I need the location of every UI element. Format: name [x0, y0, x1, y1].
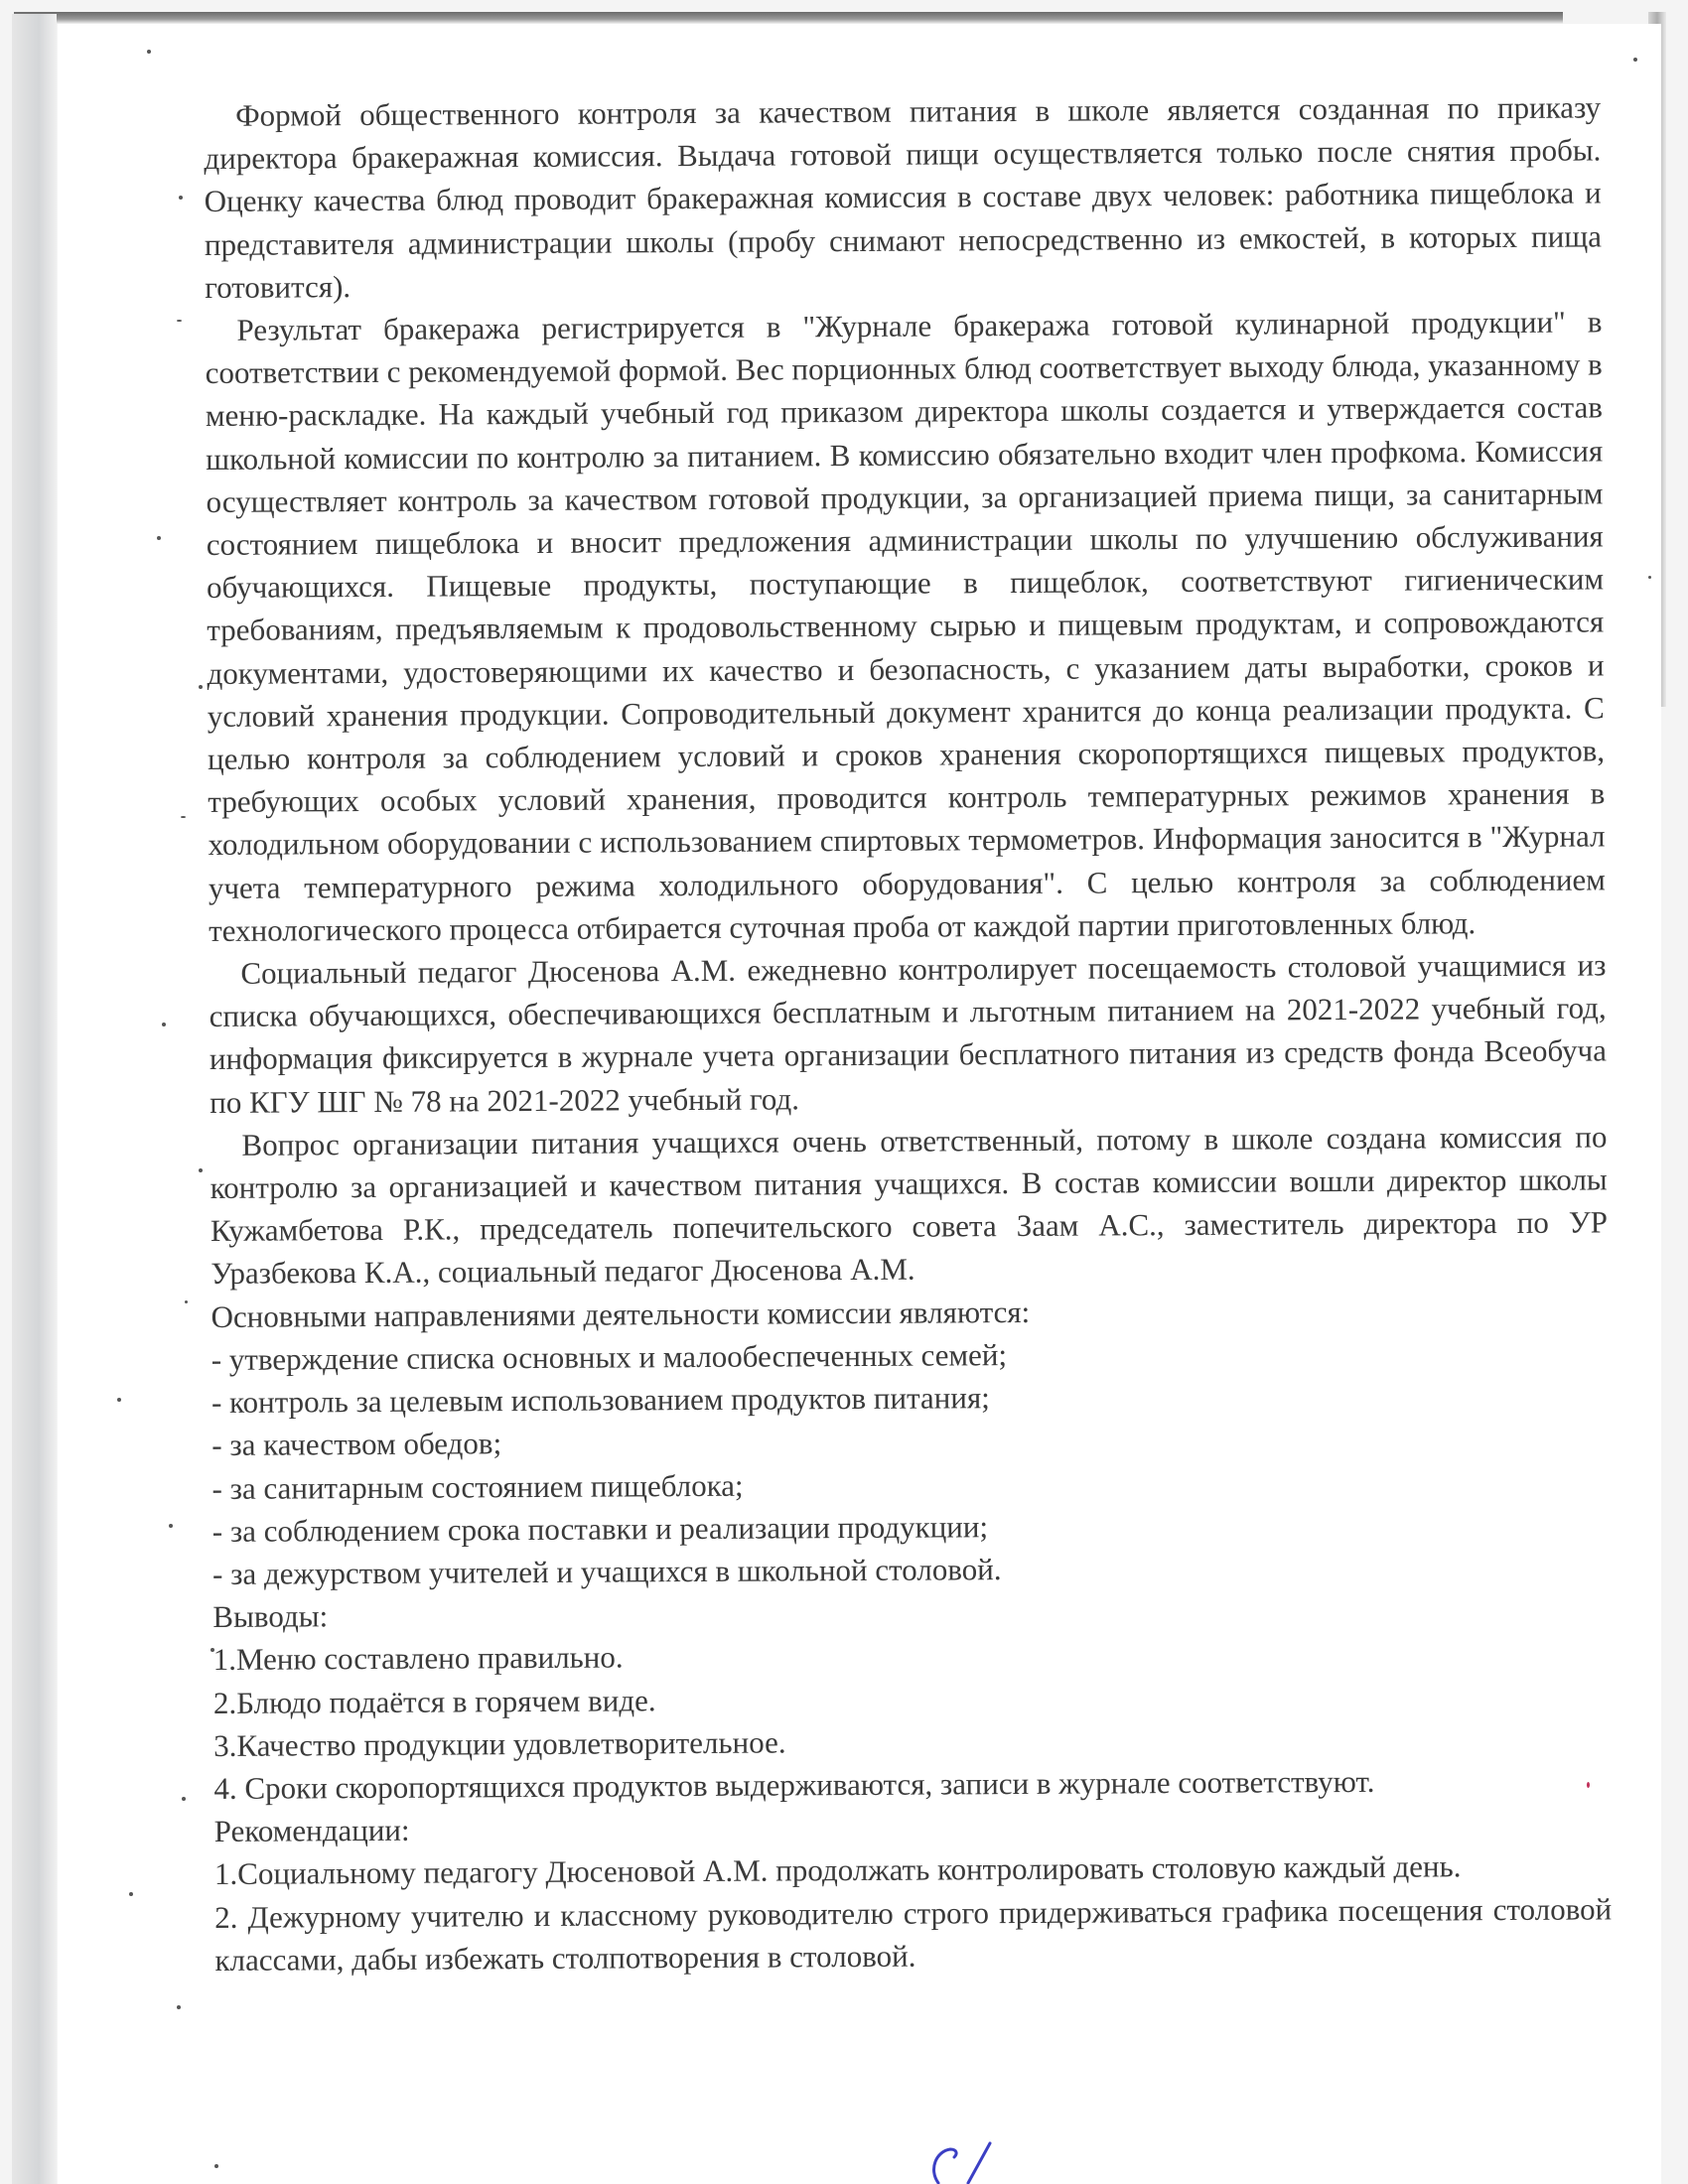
scan-shadow-top	[14, 12, 1563, 24]
scan-speck	[162, 1023, 166, 1026]
scan-speck	[117, 1398, 121, 1402]
paragraph-commission-members: Вопрос организации питания учащихся очен…	[210, 1115, 1608, 1295]
scan-speck	[214, 2164, 218, 2168]
document-body: Формой общественного контроля за качеств…	[204, 85, 1613, 1980]
scan-speck	[147, 50, 151, 54]
scan-speck	[177, 320, 182, 322]
signature-ink-mark	[899, 2139, 1038, 2184]
scan-speck	[182, 1797, 186, 1801]
scan-speck	[185, 1300, 188, 1303]
scan-shadow-left	[12, 14, 57, 2184]
scan-speck	[181, 816, 186, 818]
scan-speck	[1648, 576, 1651, 579]
scan-speck	[129, 1892, 133, 1896]
recommendation-item: 2. Дежурному учителю и классному руковод…	[214, 1887, 1613, 1981]
scan-speck	[169, 1524, 173, 1528]
scan-speck	[179, 196, 183, 200]
scan-speck	[157, 536, 161, 540]
paragraph-brakerazh-commission: Формой общественного контроля за качеств…	[204, 85, 1602, 309]
paragraph-brakerazh-journal: Результат бракеража регистрируется в "Жу…	[205, 300, 1606, 952]
scan-speck	[199, 1168, 203, 1172]
paragraph-social-teacher: Социальный педагог Дюсенова А.М. ежеднев…	[209, 943, 1607, 1123]
scan-speck	[199, 685, 203, 689]
scan-speck	[1633, 58, 1637, 62]
scan-speck	[177, 2005, 181, 2009]
